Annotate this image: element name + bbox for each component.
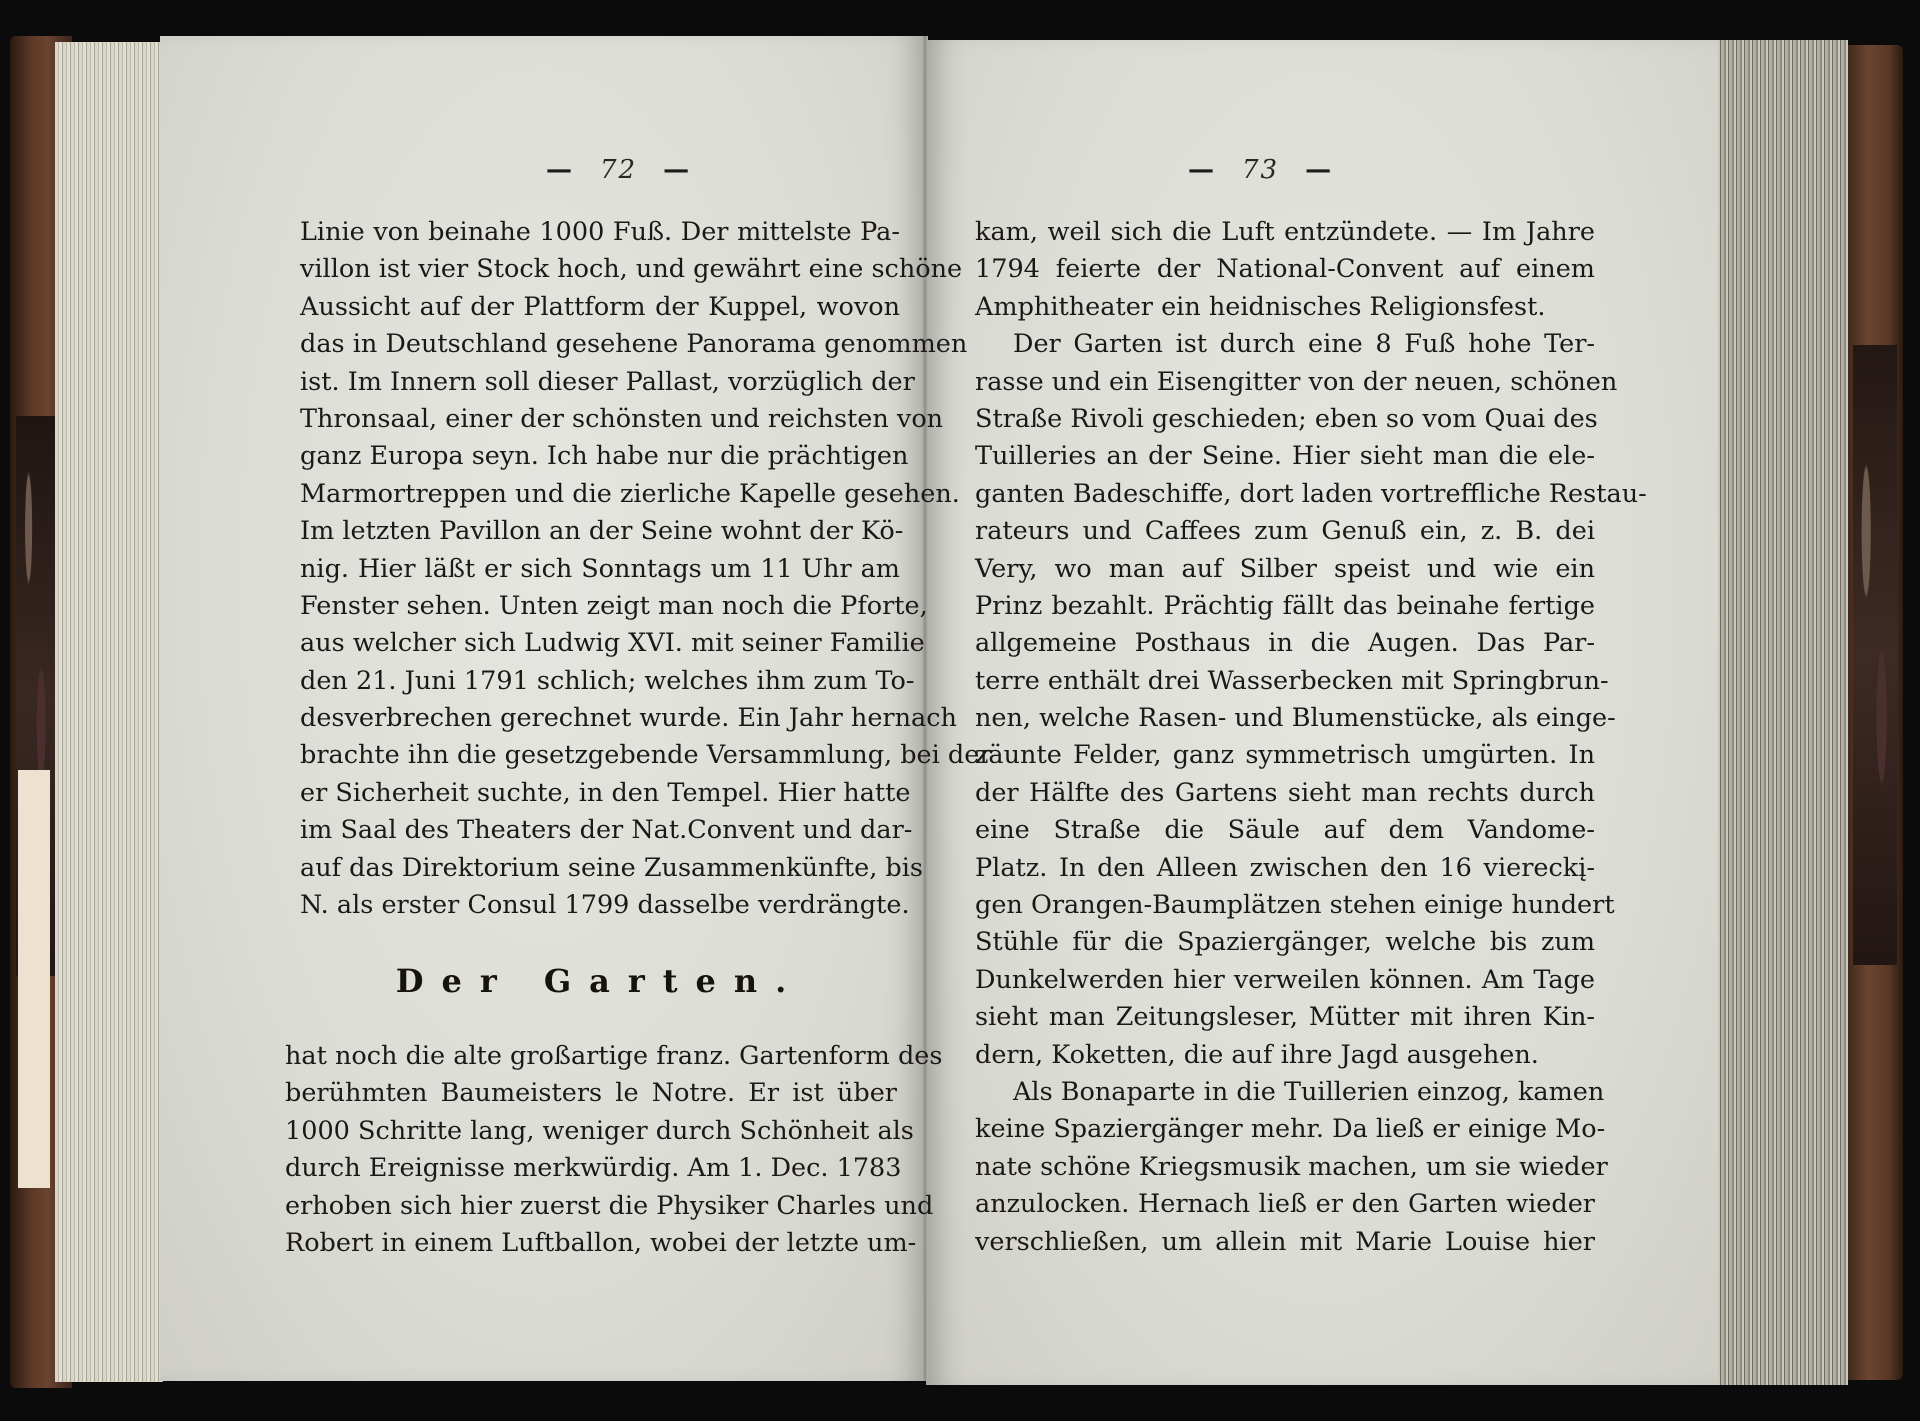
left-page-edges: [55, 42, 163, 1382]
text-line: terre enthält drei Wasserbecken mit Spri…: [975, 663, 1595, 700]
text-line: kam, weil sich die Luft entzündete. — Im…: [975, 214, 1595, 251]
text-line: gen Orangen-Baumplätzen stehen einige hu…: [975, 887, 1595, 924]
text-line: der Hälfte des Gartens sieht man rechts …: [975, 775, 1595, 812]
text-line: aus welcher sich Ludwig XVI. mit seiner …: [300, 625, 900, 662]
text-line: Platz. In den Alleen zwischen den 16 vie…: [975, 850, 1595, 887]
text-line: den 21. Juni 1791 schlich; welches ihm z…: [300, 663, 900, 700]
text-line: Tuilleries an der Seine. Hier sieht man …: [975, 438, 1595, 475]
text-line: allgemeine Posthaus in die Augen. Das Pa…: [975, 625, 1595, 662]
text-line: Linie von beinahe 1000 Fuß. Der mittelst…: [300, 214, 900, 251]
text-line: 1794 feierte der National-Convent auf ei…: [975, 251, 1595, 288]
text-line: nig. Hier läßt er sich Sonntags um 11 Uh…: [300, 551, 900, 588]
page-number-dash: —: [1188, 155, 1216, 185]
text-line: Very, wo man auf Silber speist und wie e…: [975, 551, 1595, 588]
text-line: erhoben sich hier zuerst die Physiker Ch…: [285, 1188, 897, 1225]
page-number-value: 72: [600, 155, 637, 185]
text-line: Straße Rivoli geschieden; eben so vom Qu…: [975, 401, 1595, 438]
left-page-paragraph-1: Linie von beinahe 1000 Fuß. Der mittelst…: [300, 214, 900, 924]
text-line: anzulocken. Hernach ließ er den Garten w…: [975, 1186, 1595, 1223]
text-line: Im letzten Pavillon an der Seine wohnt d…: [300, 513, 900, 550]
open-book: —72— —73— Linie von beinahe 1000 Fuß. De…: [0, 0, 1920, 1421]
left-page-paragraph-2: hat noch die alte großartige franz. Gart…: [285, 1038, 897, 1262]
right-page-number: —73—: [1162, 155, 1359, 185]
text-line: ganz Europa seyn. Ich habe nur die präch…: [300, 438, 900, 475]
text-line: Aussicht auf der Plattform der Kuppel, w…: [300, 289, 900, 326]
text-line: villon ist vier Stock hoch, und gewährt …: [300, 251, 900, 288]
text-line: Marmortreppen und die zierliche Kapelle …: [300, 476, 900, 513]
text-line: N. als erster Consul 1799 dasselbe verdr…: [300, 887, 900, 924]
section-heading: Der Garten.: [300, 962, 900, 1000]
text-line: ganten Badeschiffe, dort laden vortreffl…: [975, 476, 1595, 513]
text-line: brachte ihn die gesetzgebende Versammlun…: [300, 737, 900, 774]
text-line: verschließen, um allein mit Marie Louise…: [975, 1224, 1595, 1261]
text-line: durch Ereignisse merkwürdig. Am 1. Dec. …: [285, 1150, 897, 1187]
text-line: im Saal des Theaters der Nat.Convent und…: [300, 812, 900, 849]
right-page-text: kam, weil sich die Luft entzündete. — Im…: [975, 214, 1595, 1261]
page-number-dash: —: [1305, 155, 1333, 185]
left-page-number: —72—: [520, 155, 717, 185]
page-number-dash: —: [546, 155, 574, 185]
inserted-paper-strip: [18, 770, 50, 1188]
right-page-edges: [1716, 40, 1848, 1385]
text-line: Der Garten ist durch eine 8 Fuß hohe Ter…: [975, 326, 1595, 363]
text-line: Dunkelwerden hier verweilen können. Am T…: [975, 962, 1595, 999]
text-line: 1000 Schritte lang, weniger durch Schönh…: [285, 1113, 897, 1150]
text-line: ist. Im Innern soll dieser Pallast, vorz…: [300, 364, 900, 401]
text-line: keine Spaziergänger mehr. Da ließ er ein…: [975, 1111, 1595, 1148]
text-line: rasse und ein Eisengitter von der neuen,…: [975, 364, 1595, 401]
text-line: Als Bonaparte in die Tuillerien einzog, …: [975, 1074, 1595, 1111]
page-number-value: 73: [1242, 155, 1279, 185]
text-line: Thronsaal, einer der schönsten und reich…: [300, 401, 900, 438]
text-line: eine Straße die Säule auf dem Vandome-: [975, 812, 1595, 849]
text-line: Fenster sehen. Unten zeigt man noch die …: [300, 588, 900, 625]
page-number-dash: —: [663, 155, 691, 185]
text-line: nate schöne Kriegsmusik machen, um sie w…: [975, 1149, 1595, 1186]
right-cover-marbled-paper: [1853, 345, 1897, 965]
text-line: er Sicherheit suchte, in den Tempel. Hie…: [300, 775, 900, 812]
text-line: Prinz bezahlt. Prächtig fällt das beinah…: [975, 588, 1595, 625]
text-line: rateurs und Caffees zum Genuß ein, z. B.…: [975, 513, 1595, 550]
text-line: zäunte Felder, ganz symmetrisch umgürten…: [975, 737, 1595, 774]
text-line: berühmten Baumeisters le Notre. Er ist ü…: [285, 1075, 897, 1112]
text-line: hat noch die alte großartige franz. Gart…: [285, 1038, 897, 1075]
text-line: das in Deutschland gesehene Panorama gen…: [300, 326, 900, 363]
text-line: auf das Direktorium seine Zusammenkünfte…: [300, 850, 900, 887]
text-line: sieht man Zeitungsleser, Mütter mit ihre…: [975, 999, 1595, 1036]
text-line: nen, welche Rasen- und Blumenstücke, als…: [975, 700, 1595, 737]
text-line: Amphitheater ein heidnisches Religionsfe…: [975, 289, 1595, 326]
right-cover-leather: [1845, 45, 1903, 1380]
text-line: desverbrechen gerechnet wurde. Ein Jahr …: [300, 700, 900, 737]
text-line: Robert in einem Luftballon, wobei der le…: [285, 1225, 897, 1262]
text-line: dern, Koketten, die auf ihre Jagd ausgeh…: [975, 1037, 1595, 1074]
text-line: Stühle für die Spaziergänger, welche bis…: [975, 924, 1595, 961]
